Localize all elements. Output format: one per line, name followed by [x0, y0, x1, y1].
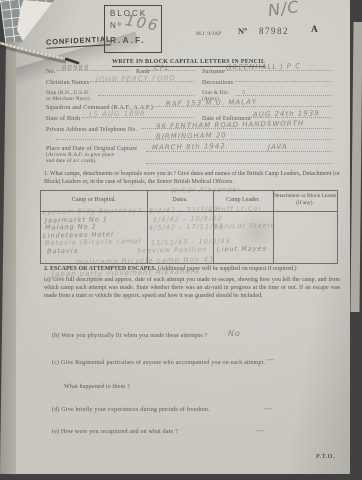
- table-row-dates: Seaview Pavilion: [137, 245, 208, 254]
- surname-label: Surname: [202, 69, 225, 75]
- enlistment-value: AUG 24th 1939: [253, 109, 320, 118]
- stamp-line-no: Nº: [110, 21, 123, 30]
- right-page-edge: [350, 22, 362, 312]
- table-row-camp: Lyceum Bldg Sourabaya: [43, 206, 143, 216]
- dob-value: 15 AUG 1898: [88, 109, 146, 118]
- decorations-label: Decorations: [202, 80, 233, 86]
- question-2e-label: (e) How were you recaptured and on what …: [52, 429, 178, 435]
- ref-no-symbol: Nº: [238, 26, 247, 36]
- table-row-camp: Batavia: [47, 247, 79, 256]
- block-number-handwritten: 106: [124, 11, 161, 35]
- col-header-camp: Camp or Hospital.: [41, 197, 147, 204]
- address-value-2: BIRMINGHAM 20: [156, 131, 227, 140]
- question-2c2-label: What happened to them ?: [64, 384, 130, 390]
- capture-value-2: JAVA: [268, 143, 288, 151]
- rank-value: CPL: [154, 64, 170, 72]
- question-2d-label: (d) Give briefly your experiences during…: [52, 407, 210, 413]
- question-1-text: 1. What camps, detachments or hospitals …: [44, 170, 340, 186]
- surname-value: GREENHALL J P C: [226, 62, 301, 72]
- unit-field-line: [235, 87, 332, 96]
- capture-value-1: MARCH 8th 1942.: [152, 142, 229, 152]
- block-number-stamp: BLOCK Nº R.A.F. 106: [104, 5, 162, 53]
- camps-table: Camp or Hospital. Dates. Camp Leader. De…: [40, 190, 338, 264]
- pto-label: P.T.O.: [316, 454, 335, 460]
- christian-names-label: Christian Names: [46, 80, 89, 86]
- ref-number: 87982: [259, 26, 289, 36]
- question-2b-answer: No: [228, 329, 241, 338]
- ship-label-2: or Merchant Navy): [46, 96, 90, 102]
- ref-suffix: A: [311, 25, 318, 35]
- table-row-dates: 8/3/42 – 31/3/42: [149, 205, 219, 214]
- capture-label-3: and date of a/c crash).: [46, 158, 97, 164]
- col-header-dates: Dates.: [147, 197, 213, 204]
- question-2b-label: (b) Were you physically fit when you mad…: [52, 333, 207, 339]
- pencil-note-topright: N/C: [267, 0, 301, 20]
- table-row-leader: Hoff Lt-Col: [216, 205, 262, 214]
- question-2c-label: (c) Give Regimental particulars of anyon…: [52, 360, 265, 366]
- dob-label: Date of Birth: [46, 116, 80, 122]
- table-row-leader: Sqn/Ldr Steele: [214, 221, 276, 230]
- col-header-block: Detachment or Block Leader (if any).: [273, 193, 337, 206]
- question-2e-answer: —: [256, 426, 265, 435]
- document-tie-cord: [0, 20, 90, 76]
- question-2d-answer: —: [264, 404, 273, 413]
- question-2a-text: (a) Give full description and approx. da…: [44, 276, 340, 300]
- table-row-leader: Lieut Mayes: [217, 244, 267, 253]
- col-header-leader: Camp Leader.: [213, 197, 273, 204]
- table-row-camp: Batavia (Bicycle camp): [45, 237, 142, 247]
- table-row-dates: 4/5/42 – 17/11/43: [149, 222, 224, 232]
- christian-names-value: JOHN PERCY FORD: [96, 74, 176, 84]
- mi9-label: M.I. 9/JAP: [196, 31, 221, 37]
- table-header-scrawl: W/Cdr Alexander: [171, 185, 241, 194]
- stamp-line-raf: R.A.F.: [110, 35, 146, 45]
- decorations-field-line: [235, 73, 332, 82]
- question-2c-answer: —: [266, 355, 275, 364]
- ship-field-line: [98, 87, 194, 96]
- unit-value: s: [242, 88, 247, 96]
- capture-field-line-2: [146, 155, 332, 164]
